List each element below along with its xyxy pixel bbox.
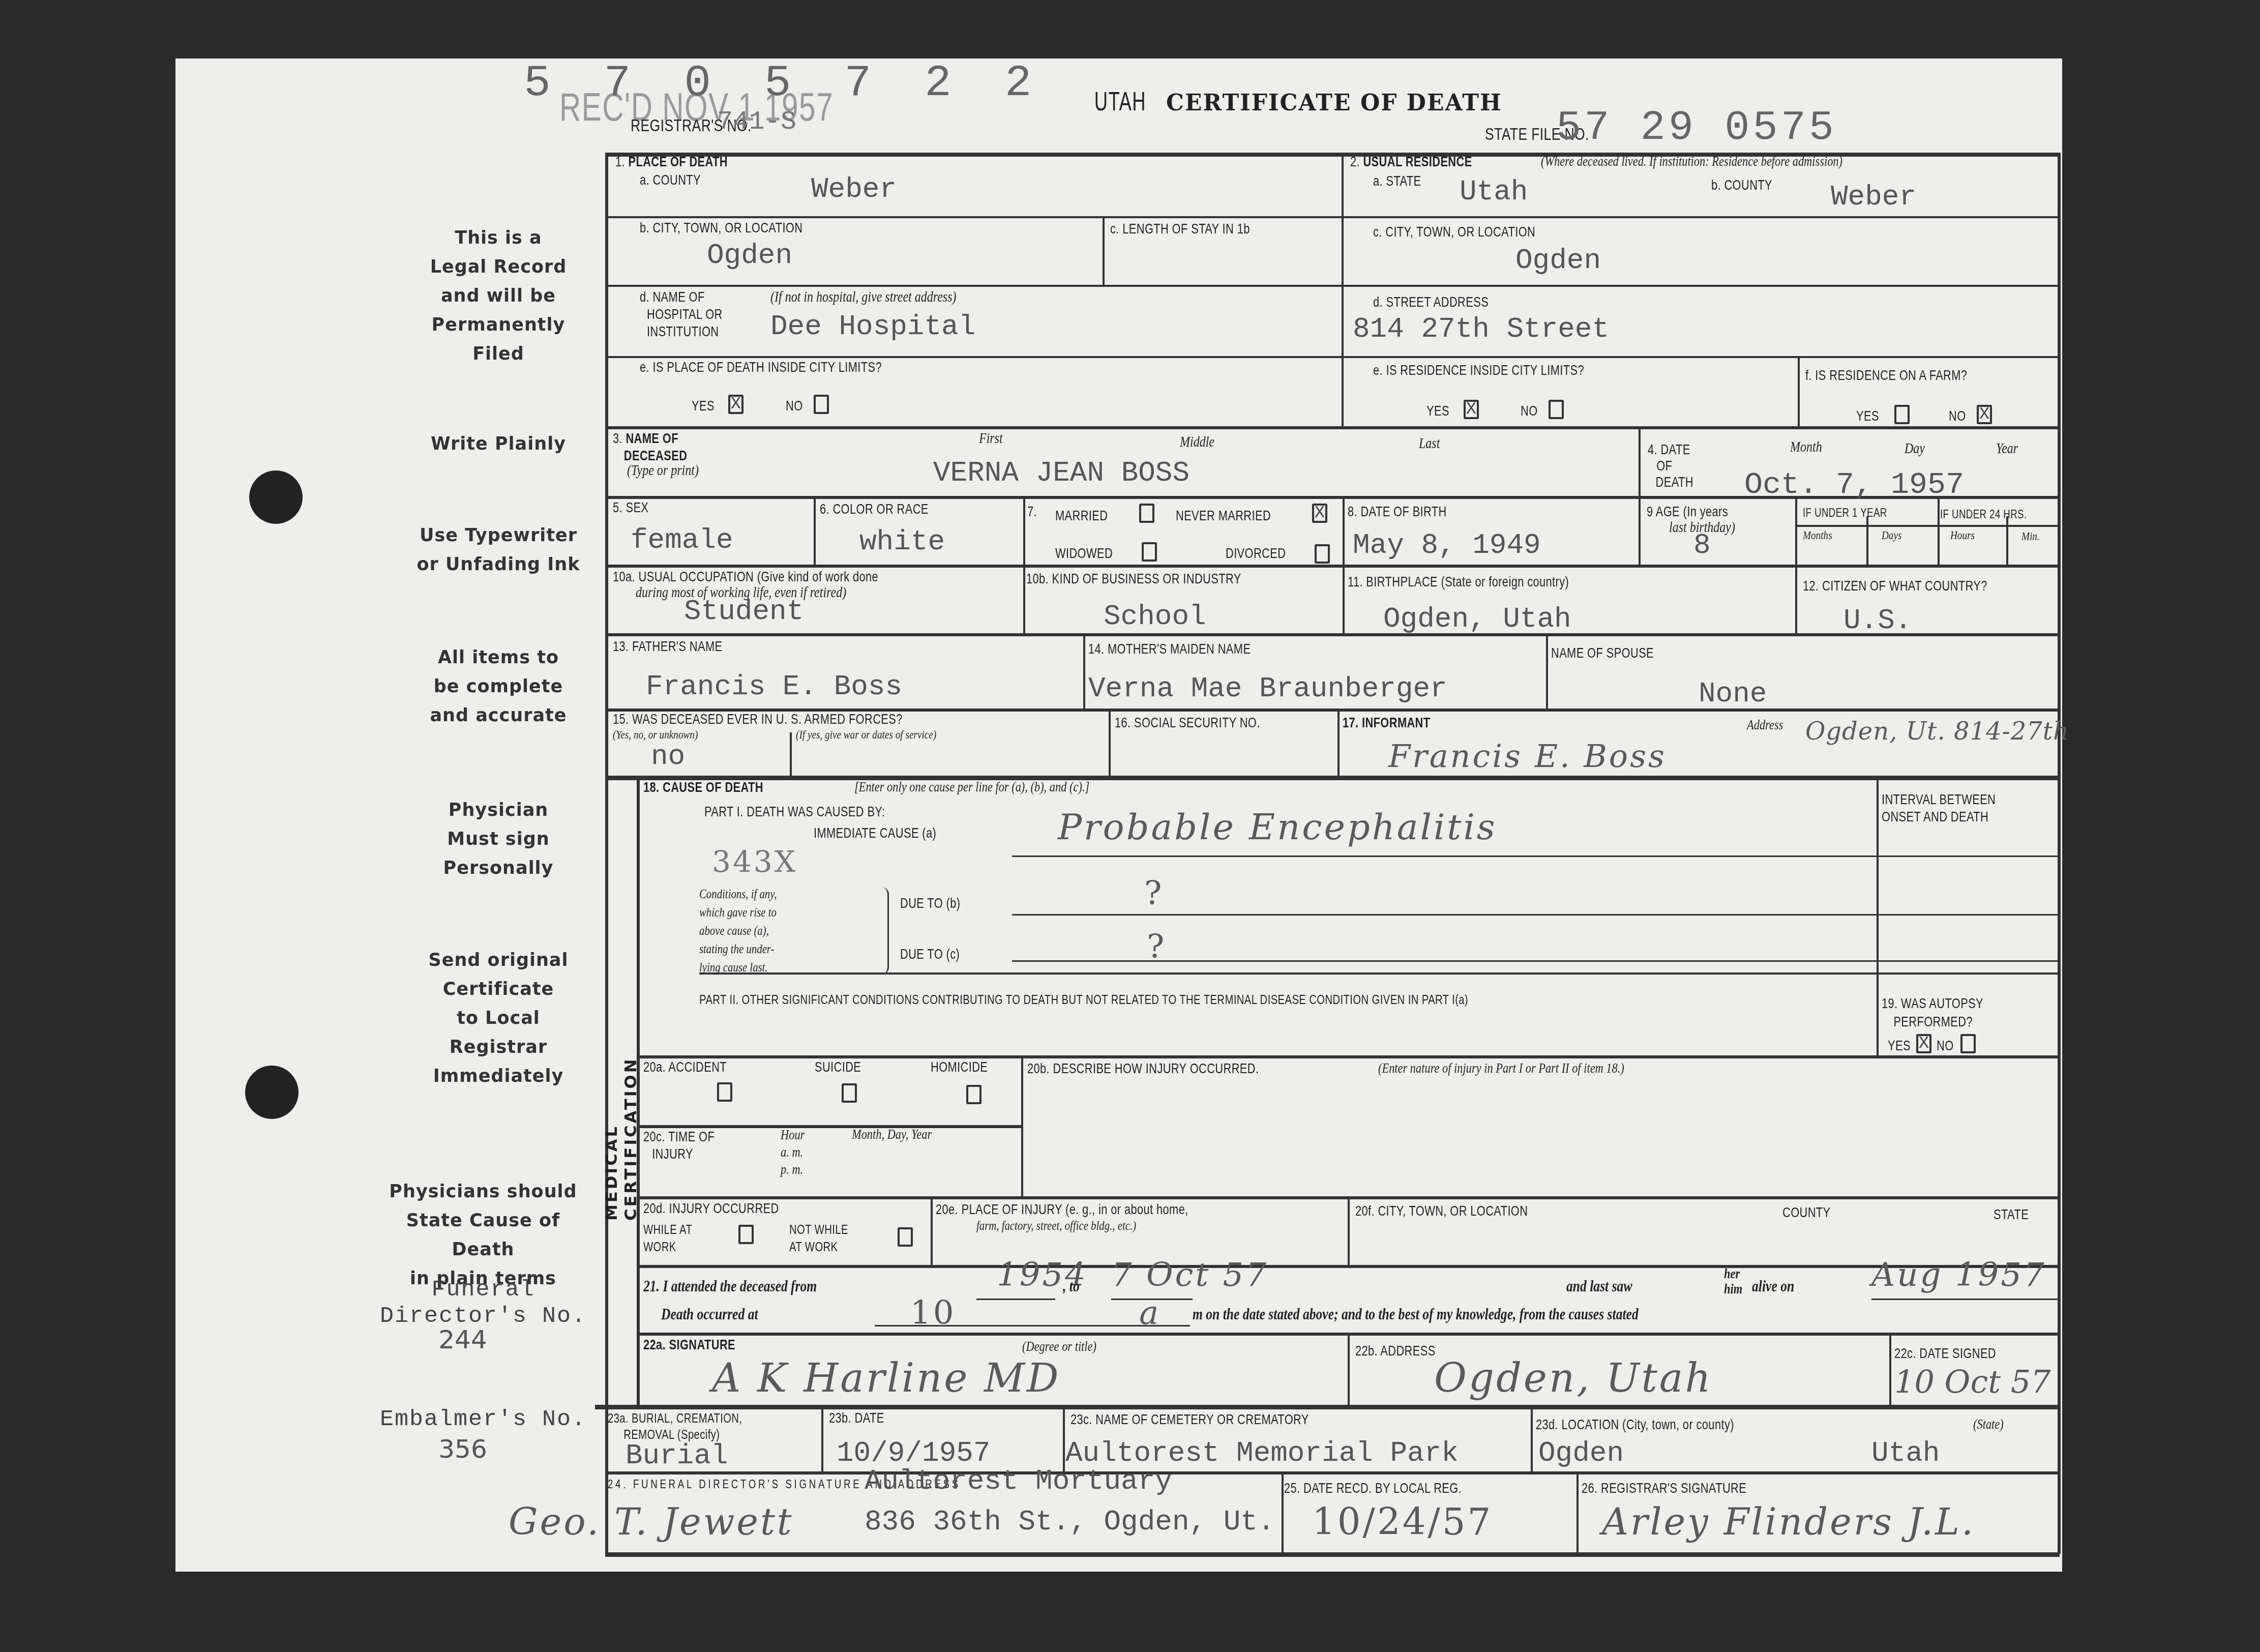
title-main: CERTIFICATE OF DEATH [1166, 90, 1502, 116]
divider [1531, 1406, 1533, 1472]
not-while-at-work-checkbox[interactable] [898, 1227, 913, 1247]
mother-name-field[interactable]: Verna Mae Braunberger [1088, 672, 1447, 705]
sidebar-note-complete: All items to be complete and accurate [414, 643, 582, 730]
label-line: PERFORMED? [1882, 1013, 1983, 1031]
label-line: DECEASED [624, 448, 687, 463]
note-line: be complete [414, 672, 582, 701]
label-line: NOT WHILE [789, 1221, 848, 1238]
city-label: b. CITY, TOWN, OR LOCATION [640, 220, 802, 236]
hint-line: above cause (a), [699, 922, 777, 940]
divider [1063, 1406, 1065, 1472]
place-of-injury-label: 20e. PLACE OF INJURY (e. g., in or about… [936, 1201, 1188, 1218]
divider [1866, 516, 1868, 565]
note-line: Use Typewriter [407, 521, 590, 550]
never-married-label: NEVER MARRIED [1176, 508, 1271, 524]
not-while-at-work-label: NOT WHILE AT WORK [789, 1221, 848, 1255]
sex-label: 5. SEX [613, 499, 648, 516]
label-text: 18. CAUSE OF DEATH [643, 779, 763, 795]
no-label: NO [1937, 1038, 1954, 1054]
residence-inside-city-label: e. IS RESIDENCE INSIDE CITY LIMITS? [1373, 362, 1584, 378]
divider [605, 216, 2060, 218]
part2-label: PART II. OTHER SIGNIFICANT CONDITIONS CO… [699, 992, 1468, 1008]
note-line: Must sign [414, 825, 582, 854]
divider [605, 285, 2060, 287]
divider [2006, 516, 2008, 565]
label-text: 17. INFORMANT [1343, 715, 1431, 730]
residence-city-field[interactable]: Ogden [1515, 244, 1601, 277]
label-line: 23a. BURIAL, CREMATION, [608, 1410, 742, 1426]
sidebar-note-cause-plain-terms: Physicians should State Cause of Death i… [376, 1177, 590, 1293]
date-of-death-field[interactable]: Oct. 7, 1957 [1744, 468, 1964, 503]
street-address-field[interactable]: 814 27th Street [1353, 313, 1609, 345]
divider [605, 426, 2060, 429]
attended-to-field[interactable]: 7 Oct 57 [1111, 1256, 1268, 1294]
occupation-field[interactable]: Student [684, 595, 804, 628]
immediate-cause-label: IMMEDIATE CAUSE (a) [814, 825, 936, 841]
hour-label: Hour a. m. p. m. [781, 1127, 805, 1178]
farm-no-checkbox[interactable]: X [1977, 405, 1992, 424]
armed-forces-field[interactable]: no [651, 740, 685, 773]
disposition-label: 23a. BURIAL, CREMATION, REMOVAL (Specify… [608, 1410, 742, 1442]
no-label: NO [1949, 408, 1966, 424]
physician-address-label: 22b. ADDRESS [1355, 1343, 1436, 1359]
to-label: , to [1063, 1277, 1080, 1295]
divider [1083, 633, 1085, 710]
label-line: OF [1648, 458, 1693, 474]
label-line: ONSET AND DEATH [1882, 808, 1996, 825]
marital-status-label: 7. [1027, 504, 1037, 520]
due-to-b-field[interactable]: ? [1144, 875, 1164, 912]
death-inside-city-yes-checkbox[interactable]: X [728, 395, 744, 414]
label-line: INSTITUTION [640, 323, 723, 340]
interval-field[interactable] [1882, 824, 2060, 971]
cause-code: 343X [712, 844, 797, 879]
autopsy-no-checkbox[interactable] [1960, 1034, 1976, 1053]
state-file-no-value: 57 29 0575 [1556, 104, 1837, 152]
note-line: All items to [414, 643, 582, 672]
conditions-bracket [882, 888, 889, 974]
embalmer-no-label: Embalmer's No. [376, 1406, 590, 1433]
months-label: Months [1803, 529, 1832, 543]
autopsy-yes-checkbox[interactable]: X [1916, 1034, 1931, 1053]
min-label: Min. [2021, 530, 2040, 544]
divider [699, 972, 2060, 975]
deceased-name-label: 3. NAME OF DECEASED [613, 430, 687, 464]
divider [1348, 1196, 1350, 1265]
label-line: 4. DATE [1648, 441, 1693, 458]
day-label: Day [1905, 440, 1925, 457]
usual-residence-hint: (Where deceased lived. If institution: R… [1541, 154, 1842, 170]
informant-label: 17. INFORMANT [1343, 715, 1431, 731]
sidebar-note-physician-sign: Physician Must sign Personally [414, 796, 582, 883]
married-checkbox[interactable] [1139, 504, 1154, 523]
divider [605, 1471, 2060, 1474]
yes-label: YES [1426, 403, 1449, 419]
suicide-label: SUICIDE [815, 1059, 861, 1075]
residence-county-field[interactable]: Weber [1831, 181, 1916, 213]
year-label: Year [1996, 440, 2018, 457]
month-day-year-label: Month, Day, Year [852, 1127, 932, 1143]
label-line: DEATH [1648, 474, 1693, 490]
note-line: or Unfading Ink [407, 550, 590, 579]
date-signed-field: 10 Oct 57 [1894, 1363, 2051, 1400]
line-attended-from [976, 1299, 1055, 1300]
physician-signature: A K Harline MD [712, 1355, 1060, 1401]
note-line: and will be [414, 282, 582, 311]
middle-name-label: Middle [1180, 433, 1214, 451]
note-line: Filed [414, 340, 582, 369]
birthplace-label: 11. BIRTHPLACE (State or foreign country… [1348, 574, 1569, 590]
label-text: 22a. SIGNATURE [643, 1337, 735, 1352]
hospital-hint: (If not in hospital, give street address… [770, 288, 957, 306]
note-line: Personally [414, 854, 582, 883]
divider [1021, 1055, 1023, 1198]
residence-inside-city-yes-checkbox[interactable]: X [1464, 400, 1479, 419]
label-line: WHILE AT [643, 1221, 692, 1238]
business-label: 10b. KIND OF BUSINESS OR INDUSTRY [1026, 571, 1241, 587]
hint-line: lying cause last. [699, 958, 777, 977]
divider [605, 633, 2060, 636]
sidebar-note-typewriter: Use Typewriter or Unfading Ink [407, 521, 590, 579]
death-time-field[interactable]: 10 [910, 1294, 956, 1332]
part1-label: PART I. DEATH WAS CAUSED BY: [704, 804, 885, 820]
label-line: HOSPITAL OR [640, 306, 723, 323]
type-or-print-hint: (Type or print) [627, 462, 699, 479]
accident-label: 20a. ACCIDENT [643, 1059, 727, 1075]
time-of-injury-label: 20c. TIME OF INJURY [643, 1128, 715, 1163]
homicide-checkbox[interactable] [966, 1085, 982, 1104]
embalmer-no-value: 356 [356, 1434, 570, 1464]
note-line: State Cause of Death [376, 1206, 590, 1264]
date-of-birth-field[interactable]: May 8, 1949 [1353, 529, 1541, 562]
divider [814, 496, 816, 565]
death-city-field[interactable]: Ogden [707, 239, 792, 272]
registrar-signature: Arley Flinders J.L. [1602, 1500, 1975, 1543]
interval-label: INTERVAL BETWEEN ONSET AND DEATH [1882, 791, 1996, 825]
informant-signature: Francis E. Boss [1388, 737, 1667, 775]
note-line: Immediately [414, 1062, 582, 1091]
item-number: 2. [1350, 154, 1360, 169]
note-line: Physician [414, 796, 582, 825]
registrar-signature-label: 26. REGISTRAR'S SIGNATURE [1582, 1480, 1746, 1496]
heading-text: PLACE OF DEATH [628, 154, 728, 169]
hint-line: which gave rise to [699, 903, 777, 922]
under-24-hrs-label: IF UNDER 24 HRS. [1940, 508, 2027, 522]
hole-punch-top [249, 470, 303, 524]
month-label: Month [1790, 438, 1822, 456]
divider [931, 1196, 933, 1265]
divider [1342, 153, 1344, 427]
heading-text: USUAL RESIDENCE [1363, 154, 1472, 169]
last-name-label: Last [1419, 435, 1440, 452]
sex-field[interactable]: female [631, 524, 733, 556]
note-line: Permanently [414, 311, 582, 340]
residence-state-label: a. STATE [1373, 173, 1421, 189]
describe-injury-hint: (Enter nature of injury in Part I or Par… [1378, 1060, 1624, 1077]
age-field[interactable]: 8 [1693, 529, 1711, 562]
injury-county-label: COUNTY [1782, 1204, 1831, 1221]
form-border-left [605, 153, 608, 1554]
date-of-death-label: 4. DATE OF DEATH [1648, 441, 1693, 490]
sidebar-note-write-plainly: Write Plainly [414, 430, 582, 459]
signature-label: 22a. SIGNATURE [643, 1337, 735, 1353]
cause-of-death-hint: [Enter only one cause per line for (a), … [854, 779, 1089, 795]
last-saw-label: and last saw [1566, 1277, 1632, 1295]
burial-state-label: (State) [1973, 1417, 2004, 1433]
divider [1546, 633, 1548, 710]
funeral-address-field[interactable]: 836 36th St., Ogden, Ut. [865, 1506, 1275, 1538]
hospital-label: d. NAME OF HOSPITAL OR INSTITUTION [640, 288, 723, 340]
farm-yes-checkbox[interactable] [1894, 405, 1910, 424]
farm-label: f. IS RESIDENCE ON A FARM? [1805, 367, 1967, 383]
first-name-label: First [979, 430, 1003, 447]
label-line: her [1724, 1266, 1742, 1282]
divorced-checkbox[interactable] [1315, 544, 1330, 564]
note-line: Send original [414, 946, 582, 975]
due-to-c-label: DUE TO (c) [900, 946, 960, 962]
note-line: Physicians should [376, 1177, 590, 1206]
form-border-bottom [605, 1552, 2060, 1557]
informant-address: Ogden, Ut. 814-27th [1805, 717, 2069, 746]
funeral-director-signature: Geo. T. Jewett [509, 1500, 794, 1543]
residence-county-label: b. COUNTY [1711, 177, 1772, 193]
describe-injury-label: 20b. DESCRIBE HOW INJURY OCCURRED. [1027, 1060, 1259, 1077]
label-line: WORK [643, 1238, 692, 1255]
divider [790, 732, 792, 776]
divider [1103, 216, 1105, 285]
divider [1795, 525, 2060, 527]
never-married-checkbox[interactable]: X [1312, 504, 1327, 523]
place-of-injury-hint: farm, factory, street, office bldg., etc… [976, 1218, 1136, 1233]
hint-line: stating the under- [699, 940, 777, 958]
due-to-c-field[interactable]: ? [1147, 928, 1166, 966]
certificate-title: UTAH CERTIFICATE OF DEATH [1083, 86, 1502, 117]
burial-location-label: 23d. LOCATION (City, town, or county) [1536, 1417, 1734, 1433]
cause-of-death-label: 18. CAUSE OF DEATH [643, 779, 763, 795]
usual-residence-heading: 2. USUAL RESIDENCE [1350, 154, 1472, 170]
citizen-label: 12. CITIZEN OF WHAT COUNTRY? [1803, 578, 1987, 594]
describe-injury-field[interactable] [1027, 1083, 2055, 1193]
death-occurred-label: Death occurred at [661, 1305, 758, 1323]
county-label: a. COUNTY [640, 172, 701, 188]
label-line: a. m. [781, 1144, 805, 1161]
no-label: NO [786, 398, 803, 414]
married-label: MARRIED [1055, 508, 1108, 524]
attended-label: 21. I attended the deceased from [643, 1277, 817, 1295]
hospital-field[interactable]: Dee Hospital [770, 310, 975, 343]
days-label: Days [1882, 529, 1901, 543]
accident-checkbox[interactable] [717, 1082, 732, 1102]
funeral-home-field[interactable]: Aultorest Mortuary [865, 1465, 1172, 1497]
residence-city-label: c. CITY, TOWN, OR LOCATION [1373, 224, 1535, 240]
burial-city-field[interactable]: Ogden [1538, 1437, 1624, 1469]
deceased-name-field[interactable]: VERNA JEAN BOSS [933, 457, 1190, 489]
armed-forces-label: 15. WAS DECEASED EVER IN U. S. ARMED FOR… [613, 711, 903, 727]
due-to-b-label: DUE TO (b) [900, 895, 960, 911]
divider [1877, 776, 1879, 1058]
burial-date-label: 23b. DATE [829, 1410, 884, 1426]
while-at-work-checkbox[interactable] [738, 1225, 754, 1244]
residence-inside-city-no-checkbox[interactable] [1549, 400, 1564, 419]
label-line: 19. WAS AUTOPSY [1882, 994, 1983, 1013]
residence-state-field[interactable]: Utah [1460, 175, 1528, 208]
alive-on-label: alive on [1752, 1277, 1794, 1295]
note-line: Certificate [414, 975, 582, 1004]
divider [637, 1055, 2060, 1058]
business-field[interactable]: School [1104, 600, 1206, 633]
conditions-hint: Conditions, if any, which gave rise to a… [699, 885, 777, 977]
note-line: Legal Record [414, 253, 582, 282]
suicide-checkbox[interactable] [842, 1083, 857, 1103]
death-statement: m on the date stated above; and to the b… [1193, 1305, 1639, 1323]
spouse-label: NAME OF SPOUSE [1551, 645, 1654, 661]
divider [637, 1265, 2060, 1268]
citizen-field[interactable]: U.S. [1843, 604, 1912, 637]
title-state: UTAH [1094, 86, 1146, 117]
label-line: d. NAME OF [640, 288, 723, 306]
occupation-label: 10a. USUAL OCCUPATION (Give kind of work… [613, 569, 878, 585]
inside-city-label: e. IS PLACE OF DEATH INSIDE CITY LIMITS? [640, 359, 882, 375]
mother-label: 14. MOTHER'S MAIDEN NAME [1088, 641, 1251, 657]
note-line: and accurate [414, 701, 582, 730]
armed-forces-hint-dates: (If yes, give war or dates of service) [796, 728, 936, 742]
label-line: NAME OF [626, 430, 678, 446]
note-line: Write Plainly [414, 430, 582, 459]
informant-address-label: Address [1747, 717, 1783, 733]
injury-state-label: STATE [1994, 1206, 2029, 1223]
while-at-work-label: WHILE AT WORK [643, 1221, 692, 1255]
street-address-label: d. STREET ADDRESS [1373, 294, 1489, 310]
line-last-seen [1871, 1299, 2060, 1300]
degree-label: (Degree or title) [1022, 1339, 1096, 1355]
funeral-director-no-label: Funeral Director's No. [376, 1277, 590, 1330]
place-of-death-heading: 1. PLACE OF DEATH [615, 154, 728, 170]
label-line: Funeral [376, 1277, 590, 1303]
yes-label: YES [1856, 408, 1879, 424]
divider [605, 776, 2060, 780]
label-line: Hour [781, 1127, 805, 1144]
under-1-year-label: IF UNDER 1 YEAR [1803, 506, 1887, 520]
race-field[interactable]: white [859, 525, 945, 558]
divider [1337, 709, 1340, 776]
divider [821, 1406, 823, 1472]
divider [1282, 1471, 1284, 1553]
label-line: INTERVAL BETWEEN [1882, 791, 1996, 808]
sidebar-note-send-original: Send original Certificate to Local Regis… [414, 946, 582, 1091]
label-line: p. m. [781, 1161, 805, 1178]
divider [595, 1405, 2060, 1409]
cemetery-label: 23c. NAME OF CEMETERY OR CREMATORY [1070, 1411, 1309, 1428]
disposition-field[interactable]: Burial [626, 1439, 728, 1472]
divider [1938, 496, 1940, 565]
date-signed-label: 22c. DATE SIGNED [1894, 1345, 1996, 1362]
no-label: NO [1521, 403, 1538, 419]
death-inside-city-no-checkbox[interactable] [814, 395, 829, 414]
label-line: him [1724, 1282, 1742, 1297]
birthplace-field[interactable]: Ogden, Utah [1383, 603, 1571, 635]
serial-number: 5 7 0 5 7 2 2 [524, 58, 1045, 109]
label-line: AT WORK [789, 1238, 848, 1255]
note-line: to Local [414, 1004, 582, 1033]
widowed-checkbox[interactable] [1142, 542, 1157, 562]
divider [1889, 1333, 1891, 1406]
date-received-field: 10/24/57 [1312, 1500, 1493, 1543]
label-line: 20c. TIME OF [643, 1128, 715, 1145]
divider [1577, 1471, 1579, 1553]
immediate-cause-field[interactable]: Probable Encephalitis [1058, 806, 1497, 848]
divorced-label: DIVORCED [1226, 545, 1286, 562]
burial-state-field[interactable]: Utah [1871, 1437, 1940, 1469]
father-label: 13. FATHER'S NAME [613, 638, 722, 655]
item-number: 1. [615, 154, 625, 169]
note-line: This is a [414, 224, 582, 253]
age-label: 9 AGE (In years [1647, 504, 1728, 520]
divider [1348, 1333, 1350, 1406]
note-line: Registrar [414, 1033, 582, 1062]
ssn-label: 16. SOCIAL SECURITY NO. [1115, 715, 1260, 731]
funeral-director-no-value: 244 [356, 1325, 570, 1354]
physician-address: Ogden, Utah [1434, 1355, 1713, 1401]
death-county-field[interactable]: Weber [811, 173, 897, 205]
date-received-label: 25. DATE RECD. BY LOCAL REG. [1284, 1480, 1462, 1496]
race-label: 6. COLOR OR RACE [820, 501, 929, 517]
her-him-label: her him [1724, 1266, 1742, 1297]
divider [1109, 709, 1111, 776]
spouse-field[interactable]: None [1699, 677, 1767, 710]
sidebar-note-legal-record: This is a Legal Record and will be Perma… [414, 224, 582, 369]
autopsy-label: 19. WAS AUTOPSY PERFORMED? [1882, 994, 1983, 1031]
hint-line: Conditions, if any, [699, 885, 777, 903]
label-line: INJURY [643, 1145, 715, 1163]
injury-city-label: 20f. CITY, TOWN, OR LOCATION [1355, 1203, 1528, 1219]
length-of-stay-label: c. LENGTH OF STAY IN 1b [1110, 221, 1250, 237]
date-of-birth-label: 8. DATE OF BIRTH [1348, 504, 1447, 520]
hours-label: Hours [1950, 529, 1975, 543]
divider [605, 356, 2060, 358]
divider [605, 565, 2060, 568]
registrar-no-value: 741-S [717, 107, 796, 137]
medical-certification-label: MEDICAL CERTIFICATION [605, 956, 637, 1221]
father-name-field[interactable]: Francis E. Boss [646, 670, 902, 703]
divider [1798, 356, 1800, 427]
yes-label: YES [692, 398, 715, 414]
injury-occurred-label: 20d. INJURY OCCURRED [643, 1200, 779, 1217]
yes-label: YES [1888, 1038, 1911, 1054]
death-ampm-field[interactable]: a [1139, 1294, 1161, 1332]
widowed-label: WIDOWED [1055, 545, 1113, 562]
homicide-label: HOMICIDE [931, 1059, 988, 1075]
hole-punch-bottom [245, 1066, 299, 1119]
last-seen-field[interactable]: Aug 1957 [1871, 1256, 2046, 1294]
item-number: 3. [613, 430, 622, 446]
